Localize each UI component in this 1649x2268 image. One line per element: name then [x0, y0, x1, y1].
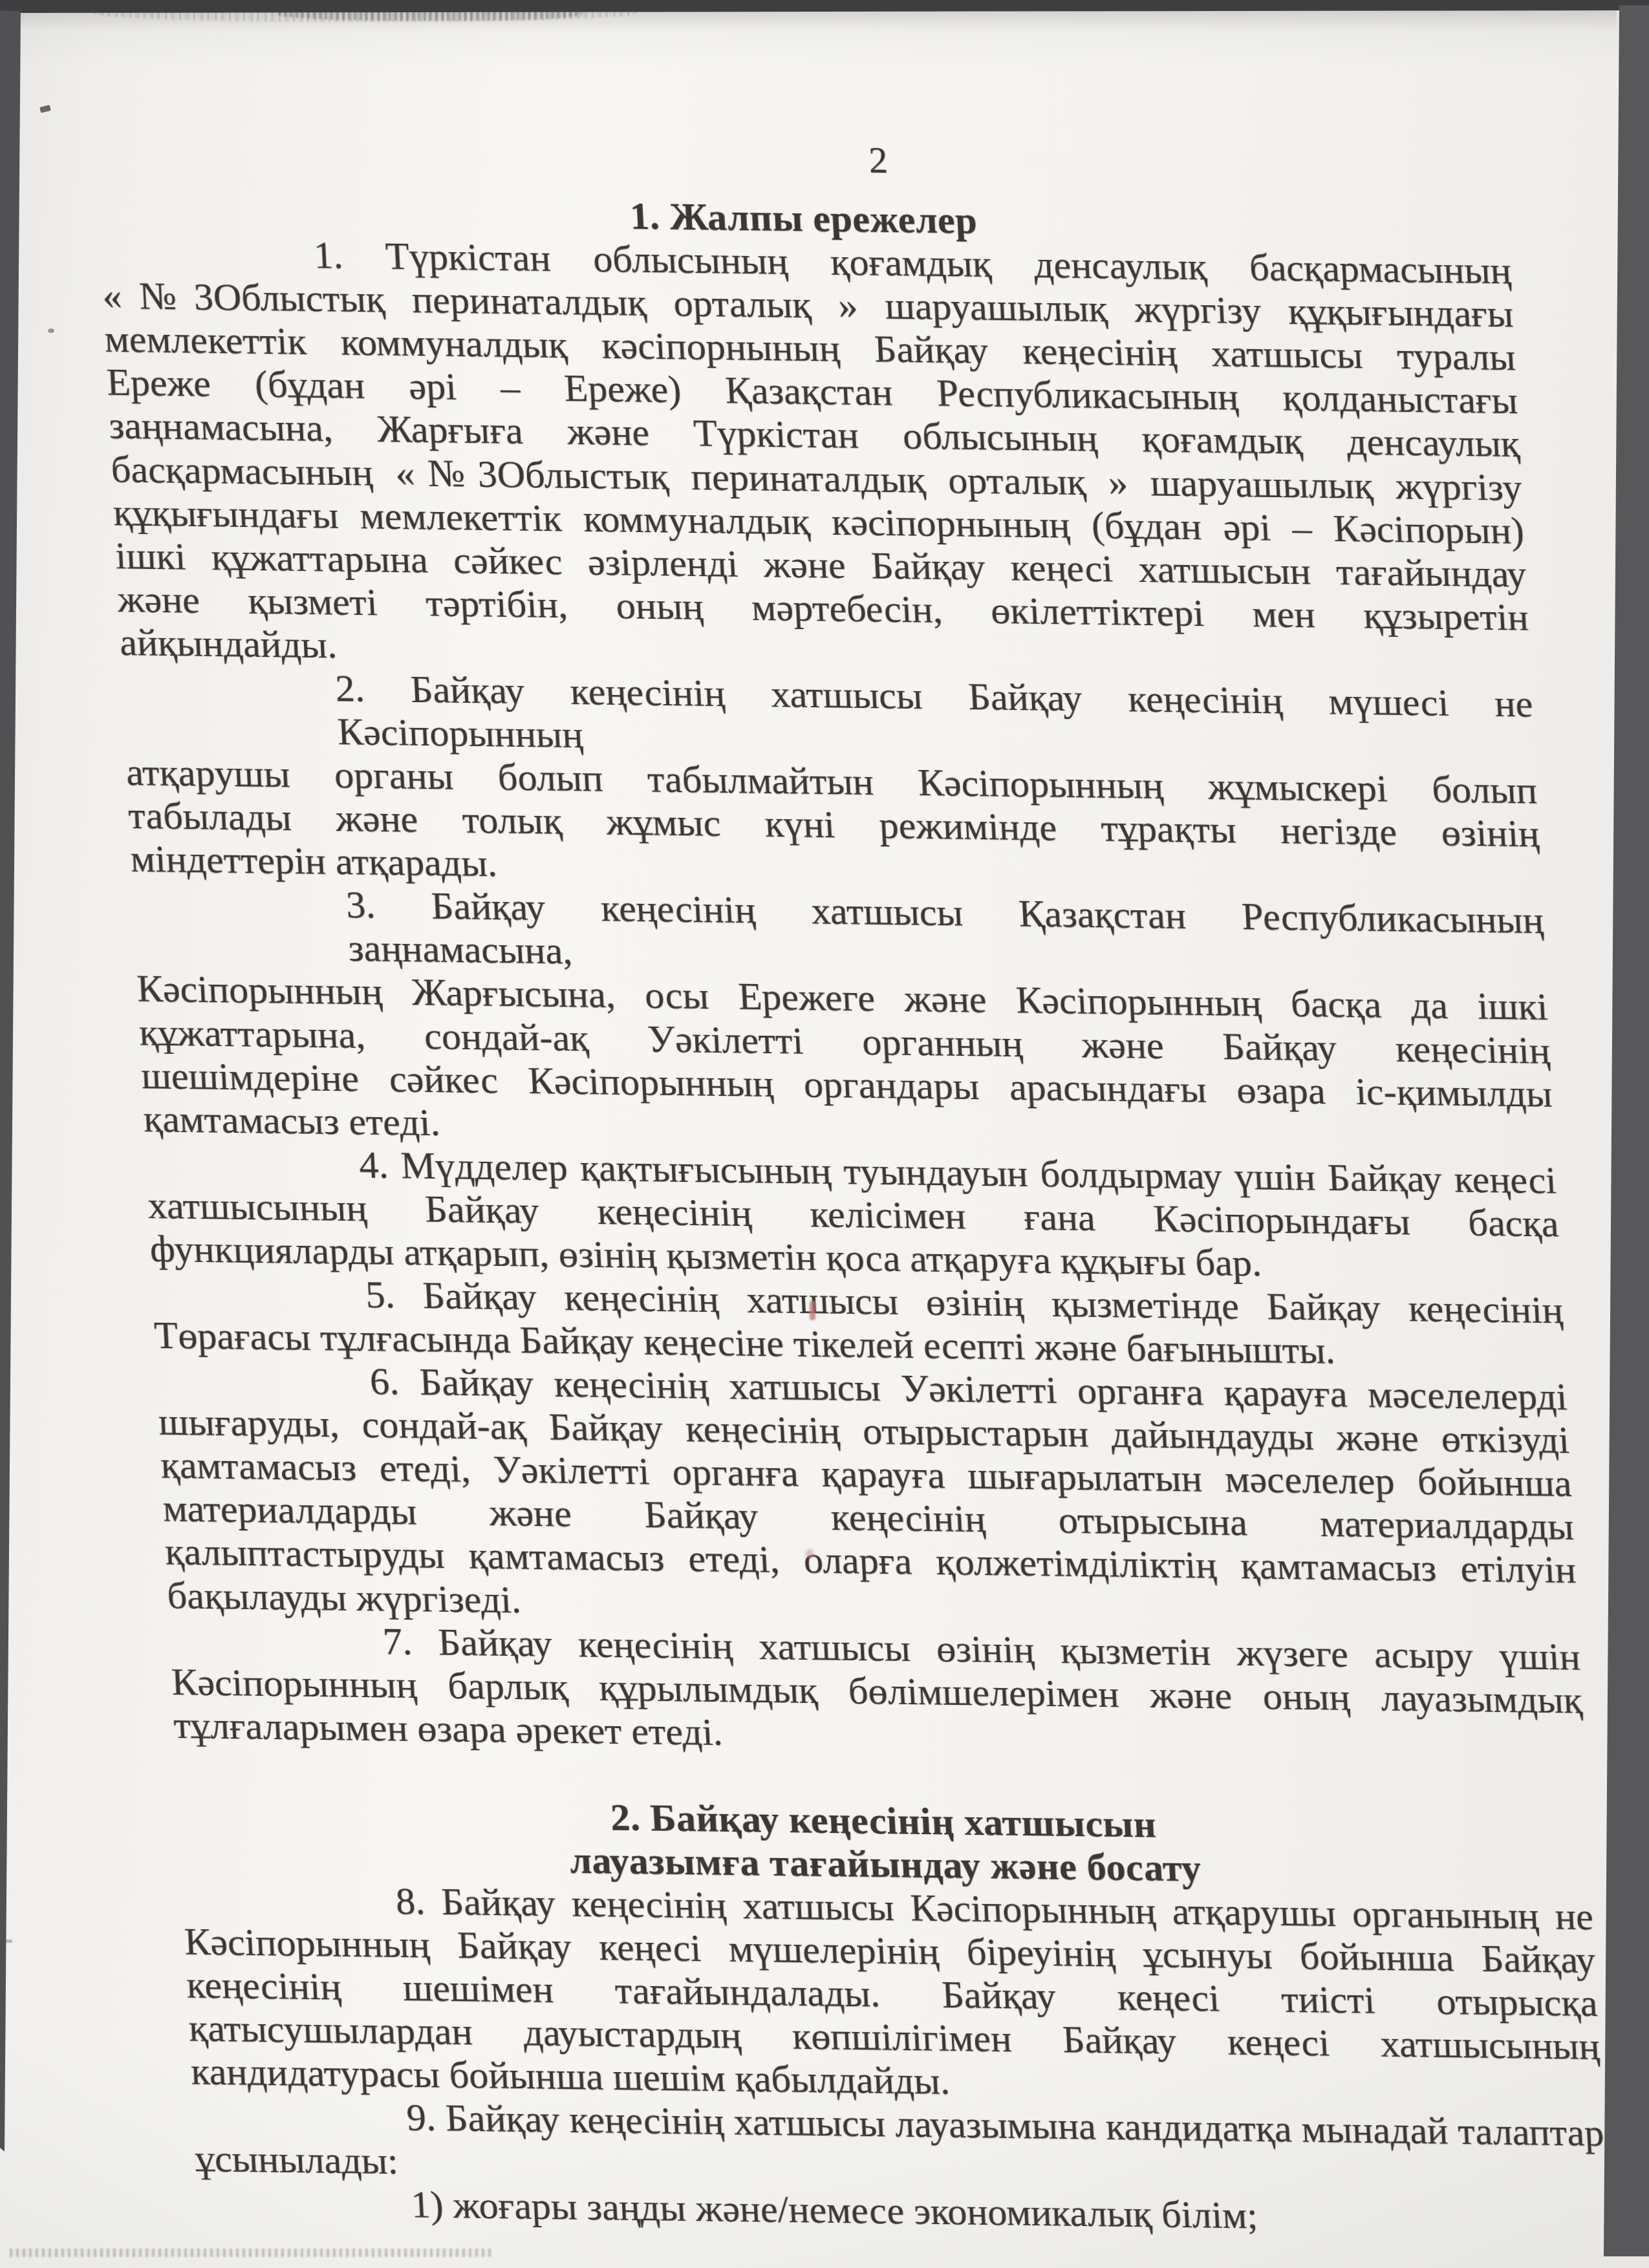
scanner-edge-left [0, 10, 21, 2152]
paragraph: 3. Байқау кеңесінің хатшысы Қазақстан Ре… [131, 881, 1555, 1159]
paragraph: 5. Байқау кеңесінің хатшысы өзінің қызме… [151, 1270, 1566, 1376]
scan-speck [48, 328, 54, 333]
text-flow: 1. Жалпы ережелер1. Түркістан облысының … [97, 187, 1609, 2241]
page-number: 2 [851, 138, 905, 182]
paragraph: 7. Байқау кеңесінің хатшысы өзінің қызме… [168, 1617, 1586, 1766]
paragraph: 8. Байқау кеңесінің хатшысы Кәсіпорынның… [181, 1877, 1602, 2112]
scanned-document-page: { "scan": { "page_number": "2", "colors"… [0, 0, 1649, 2268]
paragraph: 4. Мүдделер қақтығысының туындауын болды… [144, 1140, 1562, 1289]
scan-speck-pink [810, 1301, 815, 1320]
scan-smudge-bottom [10, 2249, 491, 2257]
scan-speck [39, 105, 51, 113]
scan-speck-pink [806, 1549, 814, 1558]
scan-smudge-top-dark [278, 5, 582, 21]
document-text-block: 2 1. Жалпы ережелер1. Түркістан облысыны… [97, 187, 1609, 2241]
paragraph: 2. Байқау кеңесінің хатшысы Байқау кеңес… [121, 664, 1542, 899]
paragraph: 6. Байқау кеңесінің хатшысы Уәкілетті ор… [155, 1357, 1579, 1636]
scanner-edge-right [1604, 5, 1649, 2256]
scan-speck [5, 1940, 12, 1943]
paragraph: 1. Түркістан облысының қоғамдық денсаулы… [99, 231, 1531, 682]
